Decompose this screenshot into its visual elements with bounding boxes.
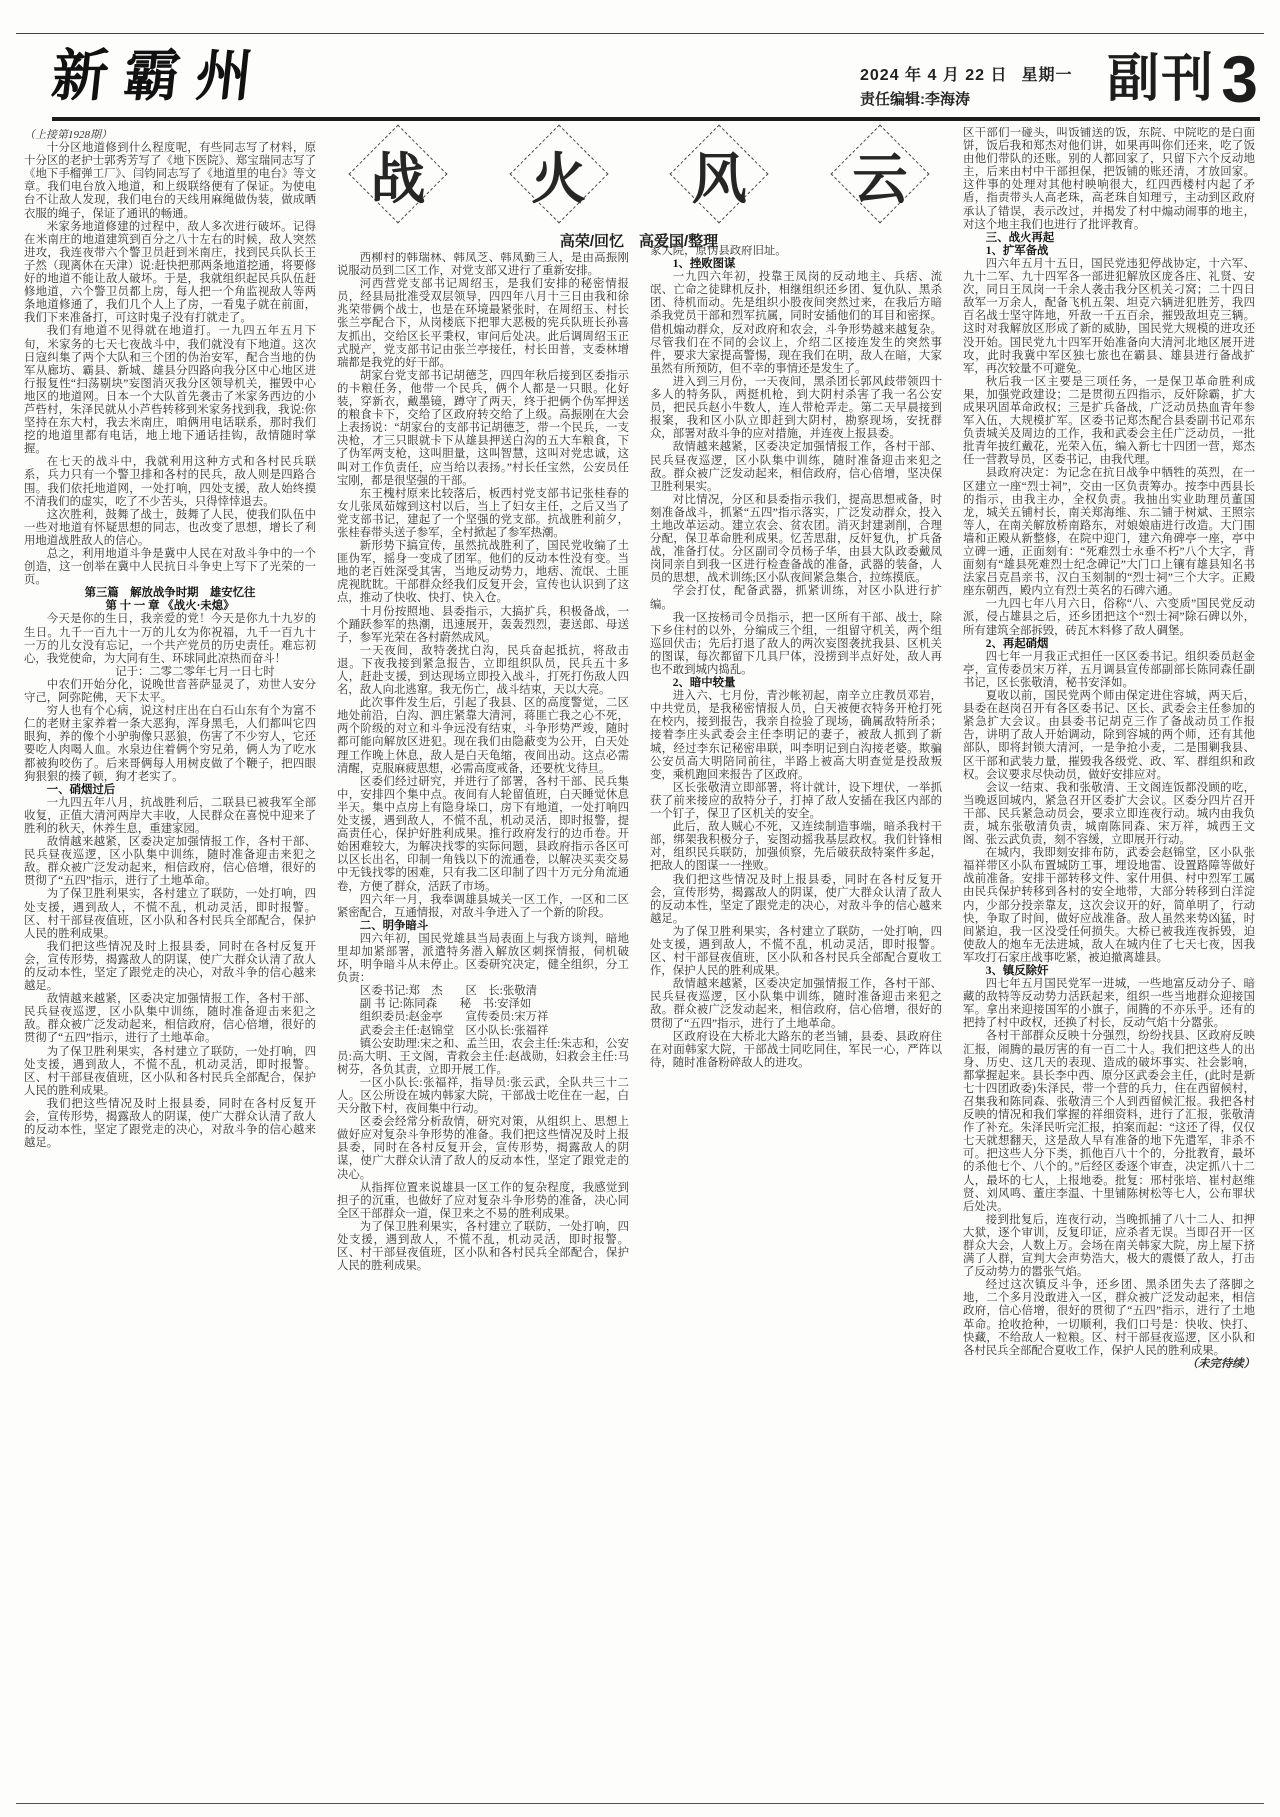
body-paragraph: 我们有地道不见得就在地道打。一九四五年五月下旬，米家务的七天七夜战斗中，我们就没…: [24, 325, 316, 456]
section-name: 副刊: [1107, 48, 1215, 110]
date-line: 2024 年 4 月 22 日星期一: [860, 62, 1090, 85]
body-paragraph: 从指挥位置来说雄县一区工作的复杂程度，我感觉到担子的沉重，也做好了应对复杂斗争形…: [337, 1182, 629, 1221]
body-paragraph: 为了保卫胜利果实，各村建立了联防，一处打响，四处支援，遇到敌人，不慌不乱，机动灵…: [337, 1221, 629, 1273]
article-title-block: 战火风云 高荣/回忆 高爱国/整理: [336, 126, 942, 251]
body-paragraph: 中农们开始分化，说晚世音菩萨显灵了，劝世人安分守己，阿弥陀佛，天下太平。: [24, 679, 316, 705]
text-column-4: 区干部们一碰头，叫饭铺送的饭，东院、中院吃的是白面饼，饭后我和郑杰对他们讲，如果…: [963, 127, 1255, 1761]
body-paragraph: 敌情越来越紧，区委决定加强情报工作，各村干部、民兵昼夜巡逻，区小队集中训练，随时…: [650, 978, 942, 1030]
body-paragraph: 穷人也有个心病，说这村庄出在白石山东有个为富不仁的老财主家养着一条大恶狗，浑身黑…: [24, 705, 316, 784]
weekday-text: 星期一: [1022, 67, 1073, 84]
roster-line: 武委会主任:赵锦堂 区小队长:张福祥: [337, 1025, 629, 1038]
section-heading: 第 十 一 章 《战火·未熄》: [24, 600, 316, 613]
section-mark: 副刊 3: [1107, 48, 1258, 110]
body-paragraph: 为了保卫胜利果实，各村建立了联防，一处打响，四处支援，遇到敌人，不慌不乱，机动灵…: [24, 1046, 316, 1098]
body-paragraph: 秋后我一区主要是三项任务，一是保卫革命胜利成果，加强党政建设；二是贯彻五四指示，…: [963, 376, 1255, 468]
to-be-continued-note: （未完待续）: [1164, 1358, 1255, 1371]
body-paragraph: 米家务地道修建的过程中，敌人多次进行破坏。记得在米南庄的地道建筑到百分之八十左右…: [24, 221, 316, 326]
body-paragraph: 县政府决定：为记念在抗日战争中牺牲的英烈，在一区建立一座“烈士祠”，交由一区负责…: [963, 467, 1255, 598]
signature-line: 记于：二零二零年七月一日七时: [24, 666, 316, 679]
body-paragraph: 敌情越来越紧，区委决定加强情报工作，各村干部、民兵昼夜巡逻，区小队集中训练，随时…: [24, 993, 316, 1045]
body-paragraph: 这次胜利，鼓舞了战士，鼓舞了人民，使我们队伍中一些对地道有怀疑思想的同志，也改变…: [24, 509, 316, 548]
body-paragraph: 总之，利用地道斗争是冀中人民在对敌斗争中的一个创造，这一创举在冀中人民抗日斗争史…: [24, 548, 316, 587]
section-heading: 3、镇反除奸: [963, 965, 1255, 978]
body-paragraph: 四七年一月我正式担任一区区委书记。组织委员赵金亭，宣传委员宋万祥，五月调县宣传部…: [963, 651, 1255, 690]
masthead-rule: [52, 117, 1260, 121]
body-paragraph: 四六年一月，我奉调雄县城关一区工作，一区和二区紧密配合，互通情报，对敌斗争进入了…: [337, 894, 629, 920]
body-paragraph: 区委们经过研究，并进行了部署，各村干部、民兵集中，安排四个集中点。夜间有人轮留值…: [337, 776, 629, 894]
section-heading: 1、挫败图谋: [650, 258, 942, 271]
section-heading: 2、暗中较量: [650, 677, 942, 690]
body-paragraph: 四六年初，国民党雄县当局表面上与我方谈判，暗地里却加紧部署，派遣特务潜入解放区刺…: [337, 933, 629, 985]
editor-line: 责任编辑:李海涛: [860, 88, 1090, 109]
body-paragraph: 我们把这些情况及时上报县委，同时在各村反复开会，宣传形势，揭露敌人的阴谋，使广大…: [650, 874, 942, 926]
article-title: 战火风云: [336, 126, 942, 222]
page-number: 3: [1221, 48, 1258, 110]
body-paragraph: 我们把这些情况及时上报县委，同时在各村反复开会，宣传形势，揭露敌人的阴谋，使广大…: [24, 941, 316, 993]
body-paragraph: 在七天的战斗中，我就利用这种方式和各村民兵联系，兵力只有一个警卫排和各村的民兵，…: [24, 456, 316, 508]
section-heading: 2、再起硝烟: [963, 638, 1255, 651]
body-paragraph: 十分区地道修到什么程度呢，有些同志写了材料，原十分区的老护士郭秀芳写了《地下医院…: [24, 142, 316, 221]
title-char-diamond: 火: [511, 126, 607, 222]
body-paragraph: 进入到三月份，一天夜间，黑杀团长郭风歧带领四十多人的特务队，两挺机枪，到大阴村杀…: [650, 376, 942, 441]
body-paragraph: 西柳村的韩瑞林、韩凤芝、韩凤勤三人，是由高振刚说服动员到二区工作，对党支部又进行…: [337, 252, 629, 278]
body-paragraph: 家大院，原伪县政府旧址。: [650, 245, 942, 258]
body-paragraph: 为了保卫胜利果实，各村建立了联防，一处打响，四处支援，遇到敌人，不慌不乱，机动灵…: [650, 926, 942, 978]
body-paragraph: 一九四六年初，投靠王凤岗的反动地主、兵痞、流氓、亡命之徒肆机反扑，相继组织还乡团…: [650, 271, 942, 376]
body-paragraph: 新形势下搞宣传，虽然抗战胜利了，国民党收编了土匪伪军，摇身一变成了团军。他们的反…: [337, 540, 629, 605]
body-paragraph: 东王槐村原来比较落后，板西村党支部书记张桂春的女儿张凤茹嫁到这村以后，当上了妇女…: [337, 488, 629, 540]
title-char-diamond: 云: [832, 126, 928, 222]
masthead-logo: 新霸州: [48, 40, 356, 114]
body-paragraph: 四七年五月国民党军一进城，一些地富反动分子、暗藏的敌特等反动势力活跃起来，组织一…: [963, 978, 1255, 1030]
date-text: 2024 年 4 月 22 日: [860, 67, 1008, 84]
title-char-diamond: 战: [350, 126, 446, 222]
body-paragraph: 对比情况，分区和县委指示我们，提高思想戒备，时刻准备战斗，抓紧“五四”指示落实，…: [650, 494, 942, 586]
body-paragraph: 区委会经常分析敌情，研究对策，从组织上、思想上做好应对复杂斗争形势的准备。我们把…: [337, 1116, 629, 1181]
body-paragraph: 会议一结束、我和张敬清、王文阁连饭都没顾的吃，当晚返回城内，紧急召开区委扩大会议…: [963, 782, 1255, 847]
body-paragraph: 一九四五年八月，抗战胜利后，二联县已被我军全部收复，正值大清河两岸大丰收，人民群…: [24, 797, 316, 836]
body-paragraph: 为了保卫胜利果实，各村建立了联防，一处打响，四处支援，遇到敌人，不慌不乱，机动灵…: [24, 888, 316, 940]
body-paragraph: 胡家台党支部书记胡德芝，四四年秋后接到区委指示的卡粮任务，他带一个民兵，俩个人都…: [337, 370, 629, 488]
body-paragraph: 各村干部群众反映十分强烈，纷纷找县、区政府反映汇报，闹腾的最厉害的有一百二十人。…: [963, 1030, 1255, 1213]
page-bottom-rule: [16, 1803, 1264, 1804]
body-paragraph: 进入六、七月份，青沙帐初起，南辛立庄教员邓岩，中共党员，是我秘密情报人员，白天被…: [650, 690, 942, 782]
body-paragraph: 一九四七年八月六日，俗称“八、六变质”国民党反动派，侵占雄县之后，还乡团把这个“…: [963, 598, 1255, 637]
newspaper-page: 新霸州 2024 年 4 月 22 日星期一 责任编辑:李海涛 副刊 3 战火风…: [0, 0, 1280, 1817]
text-column-2: 西柳村的韩瑞林、韩凤芝、韩凤勤三人，是由高振刚说服动员到二区工作，对党支部又进行…: [337, 252, 629, 1797]
body-paragraph: 十月份按照地、县委指示，大搞扩兵，积极备战，一个踊跃参军的热潮，迅速展开，轰轰烈…: [337, 606, 629, 645]
section-heading: 第三篇 解放战争时期 雄安忆往: [24, 587, 316, 600]
body-paragraph: 经过这次镇反斗争，还乡团、黑杀团失去了落脚之地，二个多月没敢进入一区，群众被广泛…: [963, 1279, 1255, 1358]
section-heading: 二、明争暗斗: [337, 920, 629, 933]
page-top-rule: [16, 33, 1264, 34]
title-char: 战: [350, 126, 446, 222]
roster-line: 组织委员:赵金亭 宣传委员:宋万祥: [337, 1011, 629, 1024]
body-paragraph: 今天是你的生日，我亲爱的党！今天是你九十九岁的生日。九千一百九十一万的儿女为你祝…: [24, 613, 316, 665]
title-char: 风: [671, 126, 767, 222]
body-paragraph: 我们把这些情况及时上报县委，同时在各村反复开会，宣传形势，揭露敌人的阴谋，使广大…: [24, 1098, 316, 1150]
continuation-note: （上接第1928期）: [24, 129, 316, 142]
section-heading: 一、硝烟过后: [24, 784, 316, 797]
body-paragraph: 接到批复后，连夜行动，当晚抓捕了八十二人、扣押大狱，逐个审训，反复印证，应杀者无…: [963, 1214, 1255, 1279]
title-char: 云: [832, 126, 928, 222]
body-paragraph: 此后，敌人贼心不死，又连续制造事端，暗杀我村干部，绑架我积极分子，妄图动摇我基层…: [650, 821, 942, 873]
body-paragraph: 区政府设在大桥北大路东的老当铺，县委、县政府住在对面韩家大院，干部战士同吃同住，…: [650, 1031, 942, 1070]
body-paragraph: 一天夜间，敌特袭扰白沟，民兵奋起抵抗，将敌击退。下夜我接到紧急报告，立即组织队员…: [337, 645, 629, 697]
body-paragraph: 区长张敬清立即部署，将计就计，设下埋伏，一举抓获了前来接应的敌特分子，打掉了敌人…: [650, 782, 942, 821]
roster-line: 区委书记:郑 杰 区 长:张敬清: [337, 985, 629, 998]
header-meta: 2024 年 4 月 22 日星期一 责任编辑:李海涛: [860, 62, 1090, 109]
body-paragraph: 敌情越来越紧，区委决定加强情报工作，各村干部、民兵昼夜巡逻，区小队集中训练，随时…: [24, 836, 316, 888]
text-column-3: 家大院，原伪县政府旧址。1、挫败图谋一九四六年初，投靠王凤岗的反动地主、兵痞、流…: [650, 245, 942, 1797]
body-paragraph: 学会打仗，配备武器，抓紧训练，对区小队进行扩编。: [650, 585, 942, 611]
body-paragraph: 一区小队长:张福祥，指导员:张云武，全队共三十二人。区公所设在城内韩家大院，干部…: [337, 1077, 629, 1116]
section-heading: 三、战火再起: [963, 232, 1255, 245]
body-paragraph: 夏收以前，国民党两个师由保定进住容城，两天后，县委在赵岗召开有各区委书记、区长、…: [963, 690, 1255, 782]
body-paragraph: 我一区按杨司令员指示，把一区所有干部、战士，除下乡住村的以外，分编成三个组，一组…: [650, 612, 942, 677]
text-column-1: （上接第1928期）十分区地道修到什么程度呢，有些同志写了材料，原十分区的老护士…: [24, 129, 316, 1797]
body-paragraph: 区干部们一碰头，叫饭铺送的饭，东院、中院吃的是白面饼，饭后我和郑杰对他们讲，如果…: [963, 127, 1255, 232]
roster-line: 副 书 记:陈同森 秘 书:安泽如: [337, 998, 629, 1011]
body-paragraph: 此次事件发生后，引起了我县、区的高度警觉，二区地处前沿，白沟、泗庄紧靠大清河，蒋…: [337, 697, 629, 776]
body-paragraph: 镇公安助理:宋之和、孟兰田，农会主任:朱志和，公安员:高大明、王文阁，青救会主任…: [337, 1038, 629, 1077]
body-paragraph: 敌情越来越紧，区委决定加强情报工作，各村干部、民兵昼夜巡逻，区小队集中训练，随时…: [650, 441, 942, 493]
section-heading: 1、扩军备战: [963, 245, 1255, 258]
body-paragraph: 四六年五月十五日，国民党违犯停战协定，十六军、九十二军、九十四军各一部进犯解放区…: [963, 258, 1255, 376]
body-paragraph: 在城内，我即刻安排布防，武委会赵锦堂，区小队张福祥带区小队布置城防工事，埋设地雷…: [963, 847, 1255, 965]
title-char-diamond: 风: [671, 126, 767, 222]
title-char: 火: [511, 126, 607, 222]
body-paragraph: 河西营党支部书记周绍玉，是我们安排的秘密情报员，经县局批准受双层领导，四四年八月…: [337, 278, 629, 370]
